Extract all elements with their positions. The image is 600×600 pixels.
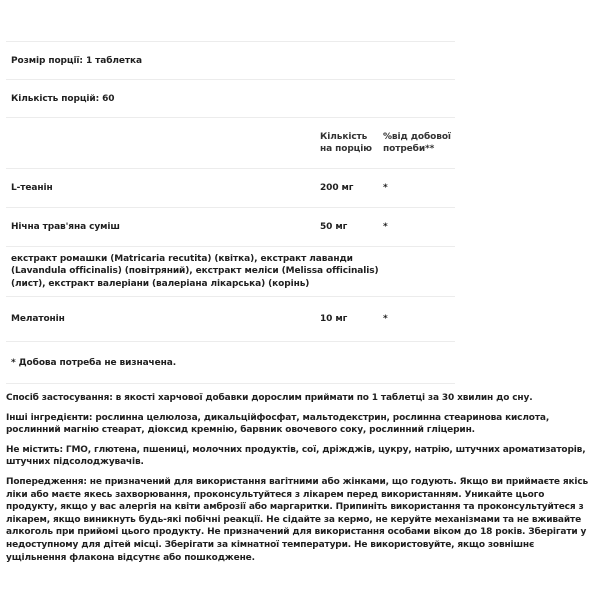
- usage-text: Спосіб застосування: в якості харчової д…: [6, 392, 596, 405]
- ingredient-name: L-теанін: [11, 183, 320, 193]
- ingredient-amount: 50 мг: [320, 222, 383, 232]
- product-info: Спосіб застосування: в якості харчової д…: [6, 392, 596, 571]
- servings-count-row: Кількість порцій: 60: [6, 80, 455, 118]
- ingredient-amount: 10 мг: [320, 314, 383, 324]
- ingredient-daily: *: [383, 314, 453, 324]
- blend-description-row: екстракт ромашки (Matricaria recutita) (…: [6, 247, 455, 297]
- footnote: * Добова потреба не визначена.: [11, 358, 176, 368]
- free-from-text: Не містить: ГМО, глютена, пшениці, молоч…: [6, 444, 596, 469]
- ingredient-name: Мелатонін: [11, 314, 320, 324]
- servings-count: Кількість порцій: 60: [11, 94, 114, 104]
- serving-size-row: Розмір порції: 1 таблетка: [6, 42, 455, 80]
- other-ingredients-text: Інші інгредієнти: рослинна целюлоза, дик…: [6, 412, 596, 437]
- header-daily-line1: %від добової: [383, 132, 451, 142]
- header-amount-line1: Кількість: [320, 132, 367, 142]
- supplement-facts-table: Розмір порції: 1 таблетка Кількість порц…: [6, 41, 455, 384]
- ingredient-daily: *: [383, 222, 453, 232]
- header-daily-line2: потреби**: [383, 144, 434, 154]
- header-amount-line2: на порцію: [320, 144, 372, 154]
- ingredient-amount: 200 мг: [320, 183, 383, 193]
- blend-description: екстракт ромашки (Matricaria recutita) (…: [11, 253, 391, 291]
- table-row: Нічна трав'яна суміш 50 мг *: [6, 208, 455, 247]
- ingredient-name: Нічна трав'яна суміш: [11, 222, 320, 232]
- header-daily-value: %від добової потреби**: [383, 131, 453, 155]
- header-amount: Кількість на порцію: [320, 131, 383, 155]
- serving-size: Розмір порції: 1 таблетка: [11, 56, 142, 66]
- table-header-row: Кількість на порцію %від добової потреби…: [6, 118, 455, 169]
- ingredient-daily: *: [383, 183, 453, 193]
- table-row: L-теанін 200 мг *: [6, 169, 455, 208]
- table-row: Мелатонін 10 мг *: [6, 297, 455, 342]
- footnote-row: * Добова потреба не визначена.: [6, 342, 455, 384]
- warning-text: Попередження: не призначений для викорис…: [6, 476, 596, 564]
